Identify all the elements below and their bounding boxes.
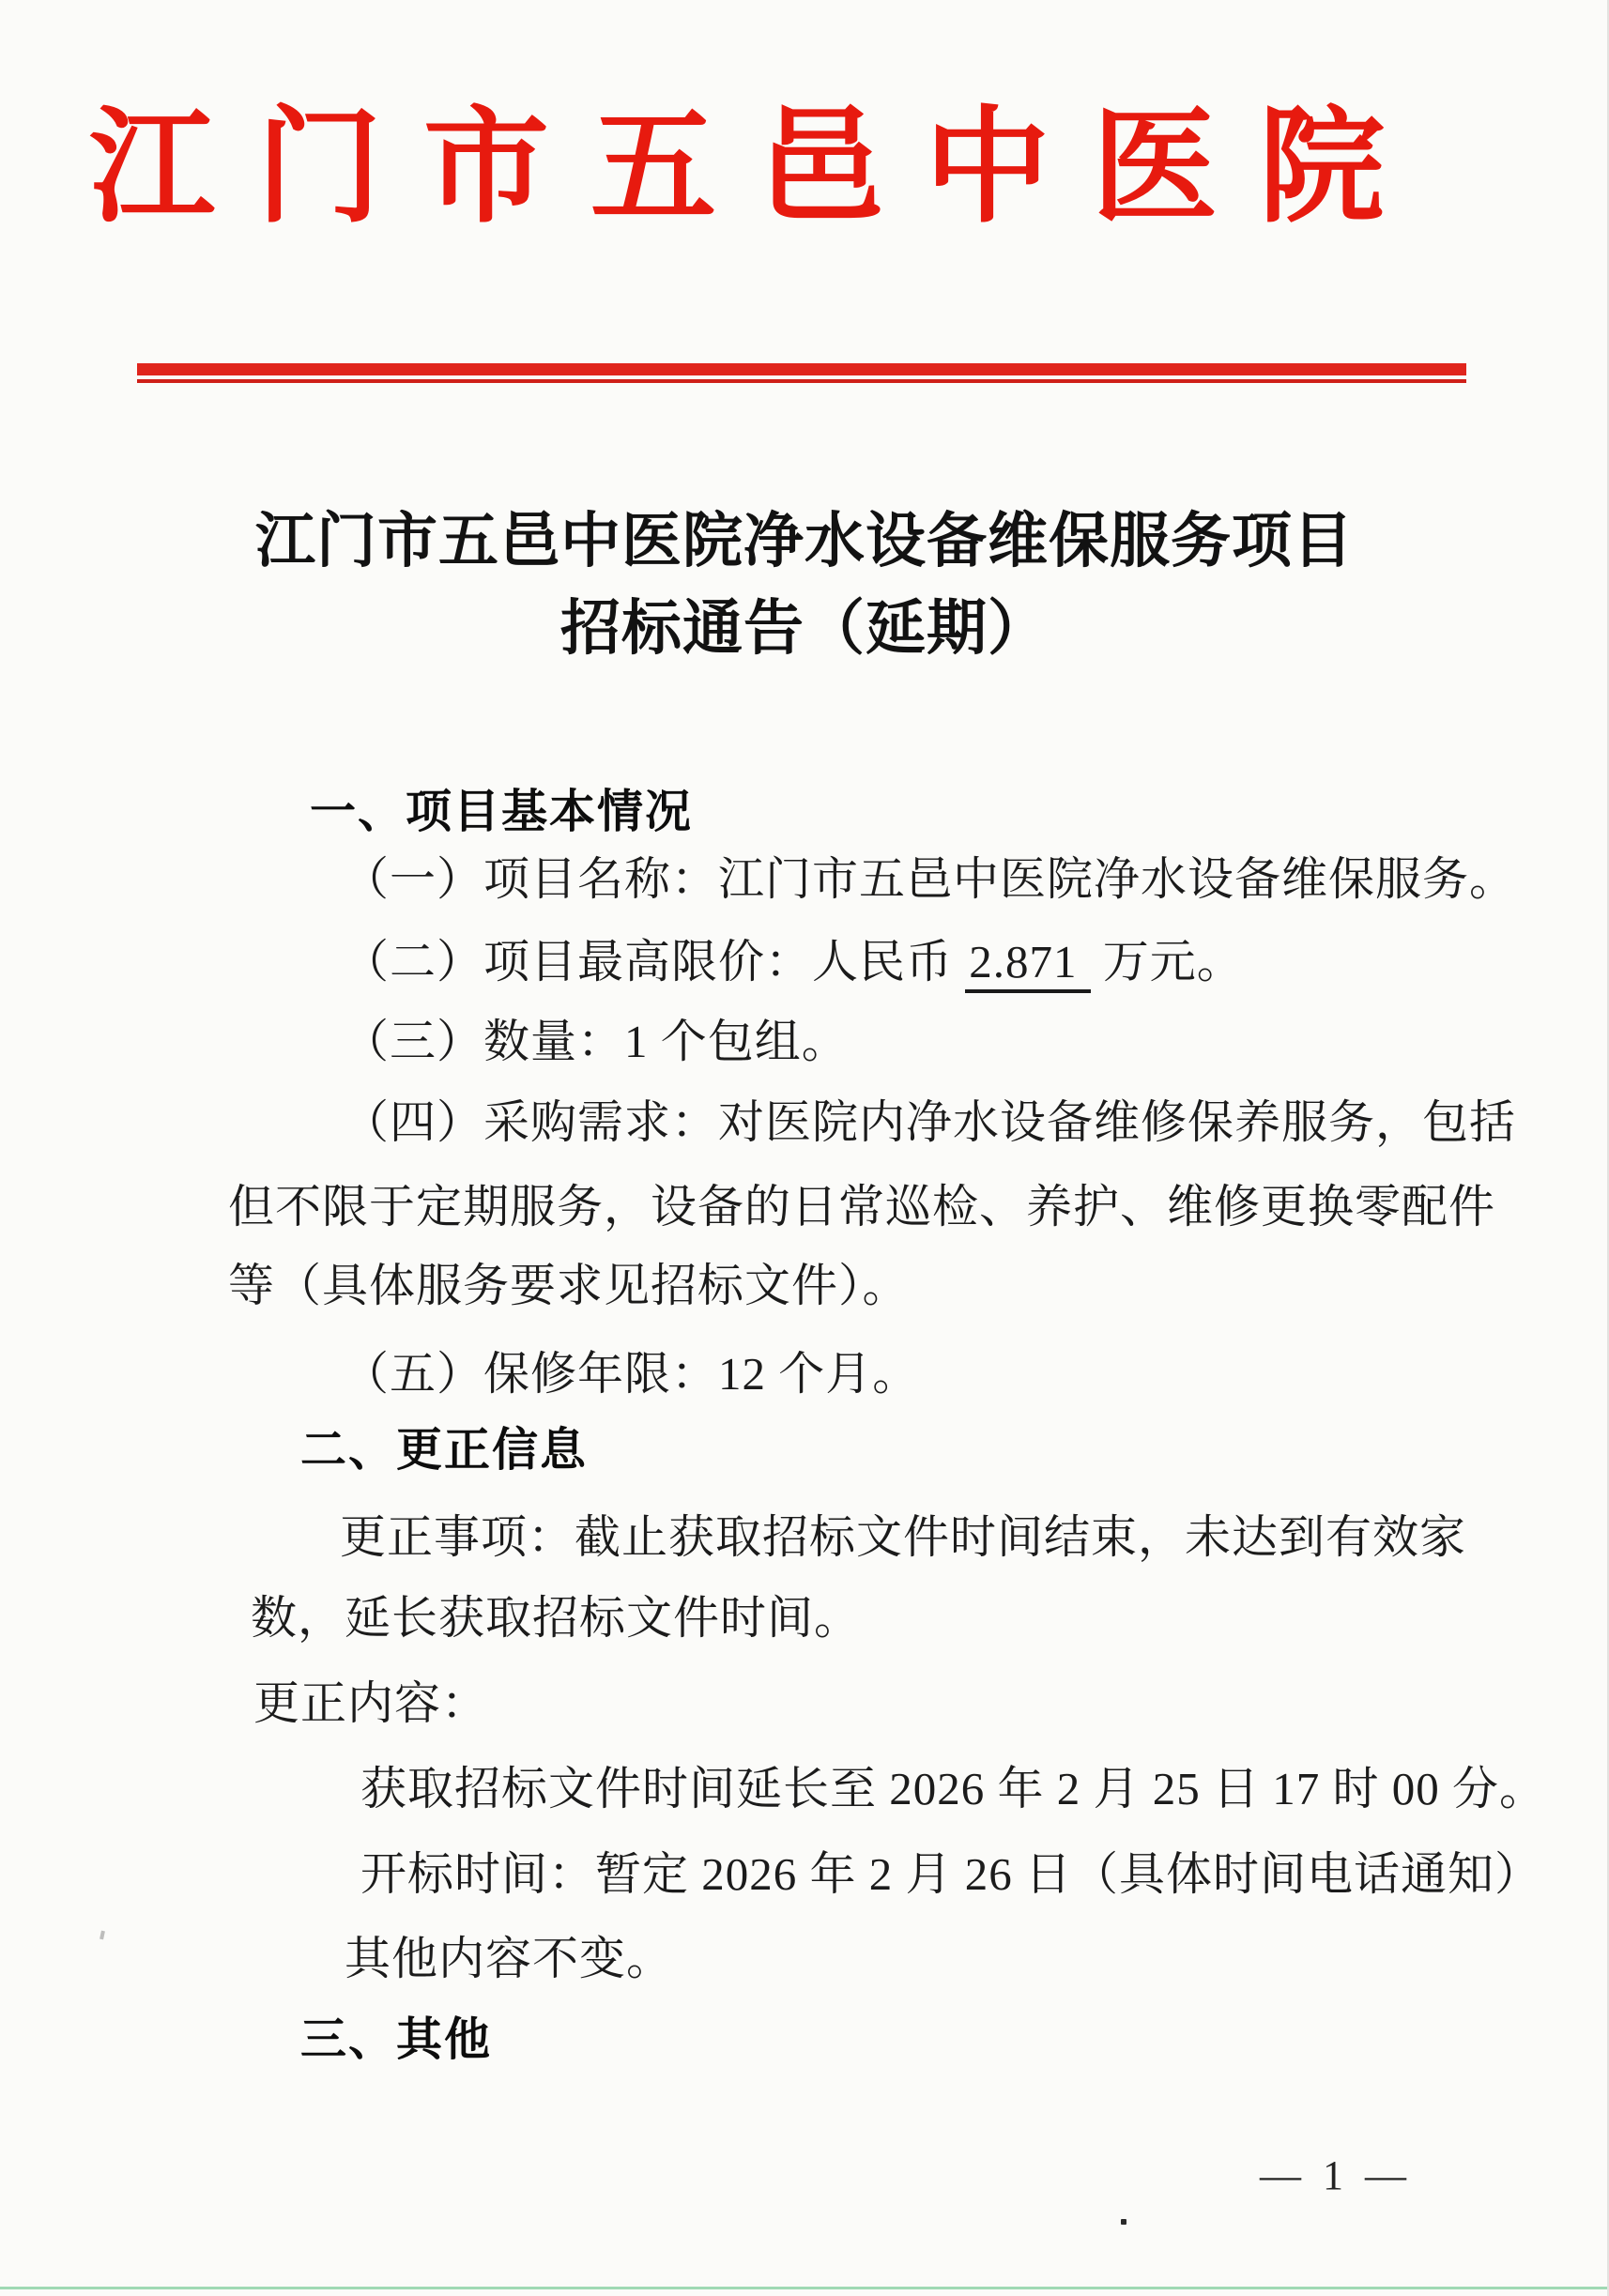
hospital-letterhead: 江门市五邑中医院	[0, 98, 1562, 238]
max-price-suffix: 万元。	[1091, 936, 1244, 987]
section-heading-other: 三、其他	[300, 1998, 492, 2081]
para-warranty-period: （五）保修年限：12 个月。	[343, 1333, 919, 1416]
letterhead-rule-thick	[137, 363, 1466, 375]
scan-speck	[100, 1931, 105, 1940]
para-procurement-need-line1: （四）采购需求：对医院内净水设备维修保养服务，包括	[343, 1081, 1516, 1164]
page-number: — 1 —	[1260, 2148, 1412, 2204]
document-title-line1: 江门市五邑中医院净水设备维保服务项目	[0, 499, 1609, 584]
para-project-name: （一）项目名称：江门市五邑中医院净水设备维保服务。	[343, 838, 1516, 921]
max-price-value: 2.871	[965, 936, 1090, 993]
document-title-line2: 招标通告（延期）	[0, 587, 1609, 671]
section-heading-correction: 二、更正信息	[300, 1409, 588, 1492]
letterhead-rule-thin	[137, 379, 1466, 383]
document-page: 江门市五邑中医院 江门市五邑中医院净水设备维保服务项目 招标通告（延期） 一、项…	[0, 0, 1609, 2296]
para-quantity: （三）数量：1 个包组。	[343, 1001, 849, 1083]
scan-edge-artifact	[0, 2287, 1609, 2289]
para-document-deadline: 获取招标文件时间延长至 2026 年 2 月 25 日 17 时 00 分。	[360, 1748, 1546, 1830]
max-price-prefix: （二）项目最高限价：人民币	[343, 936, 965, 987]
para-correction-content-label: 更正内容：	[253, 1662, 488, 1745]
para-other-content-unchanged: 其他内容不变。	[345, 1918, 673, 2000]
scan-speck	[1121, 2219, 1126, 2225]
para-procurement-need-line2: 但不限于定期服务，设备的日常巡检、养护、维修更换零配件	[228, 1166, 1495, 1248]
para-max-price: （二）项目最高限价：人民币 2.871 万元。	[343, 921, 1244, 1003]
para-bid-opening-time: 开标时间：暂定 2026 年 2 月 26 日（具体时间电话通知）	[360, 1833, 1541, 1916]
para-correction-item-line2: 数，延长获取招标文件时间。	[251, 1577, 861, 1660]
para-procurement-need-line3: 等（具体服务要求见招标文件）。	[228, 1245, 910, 1327]
para-correction-item-line1: 更正事项：截止获取招标文件时间结束，未达到有效家	[340, 1496, 1466, 1579]
